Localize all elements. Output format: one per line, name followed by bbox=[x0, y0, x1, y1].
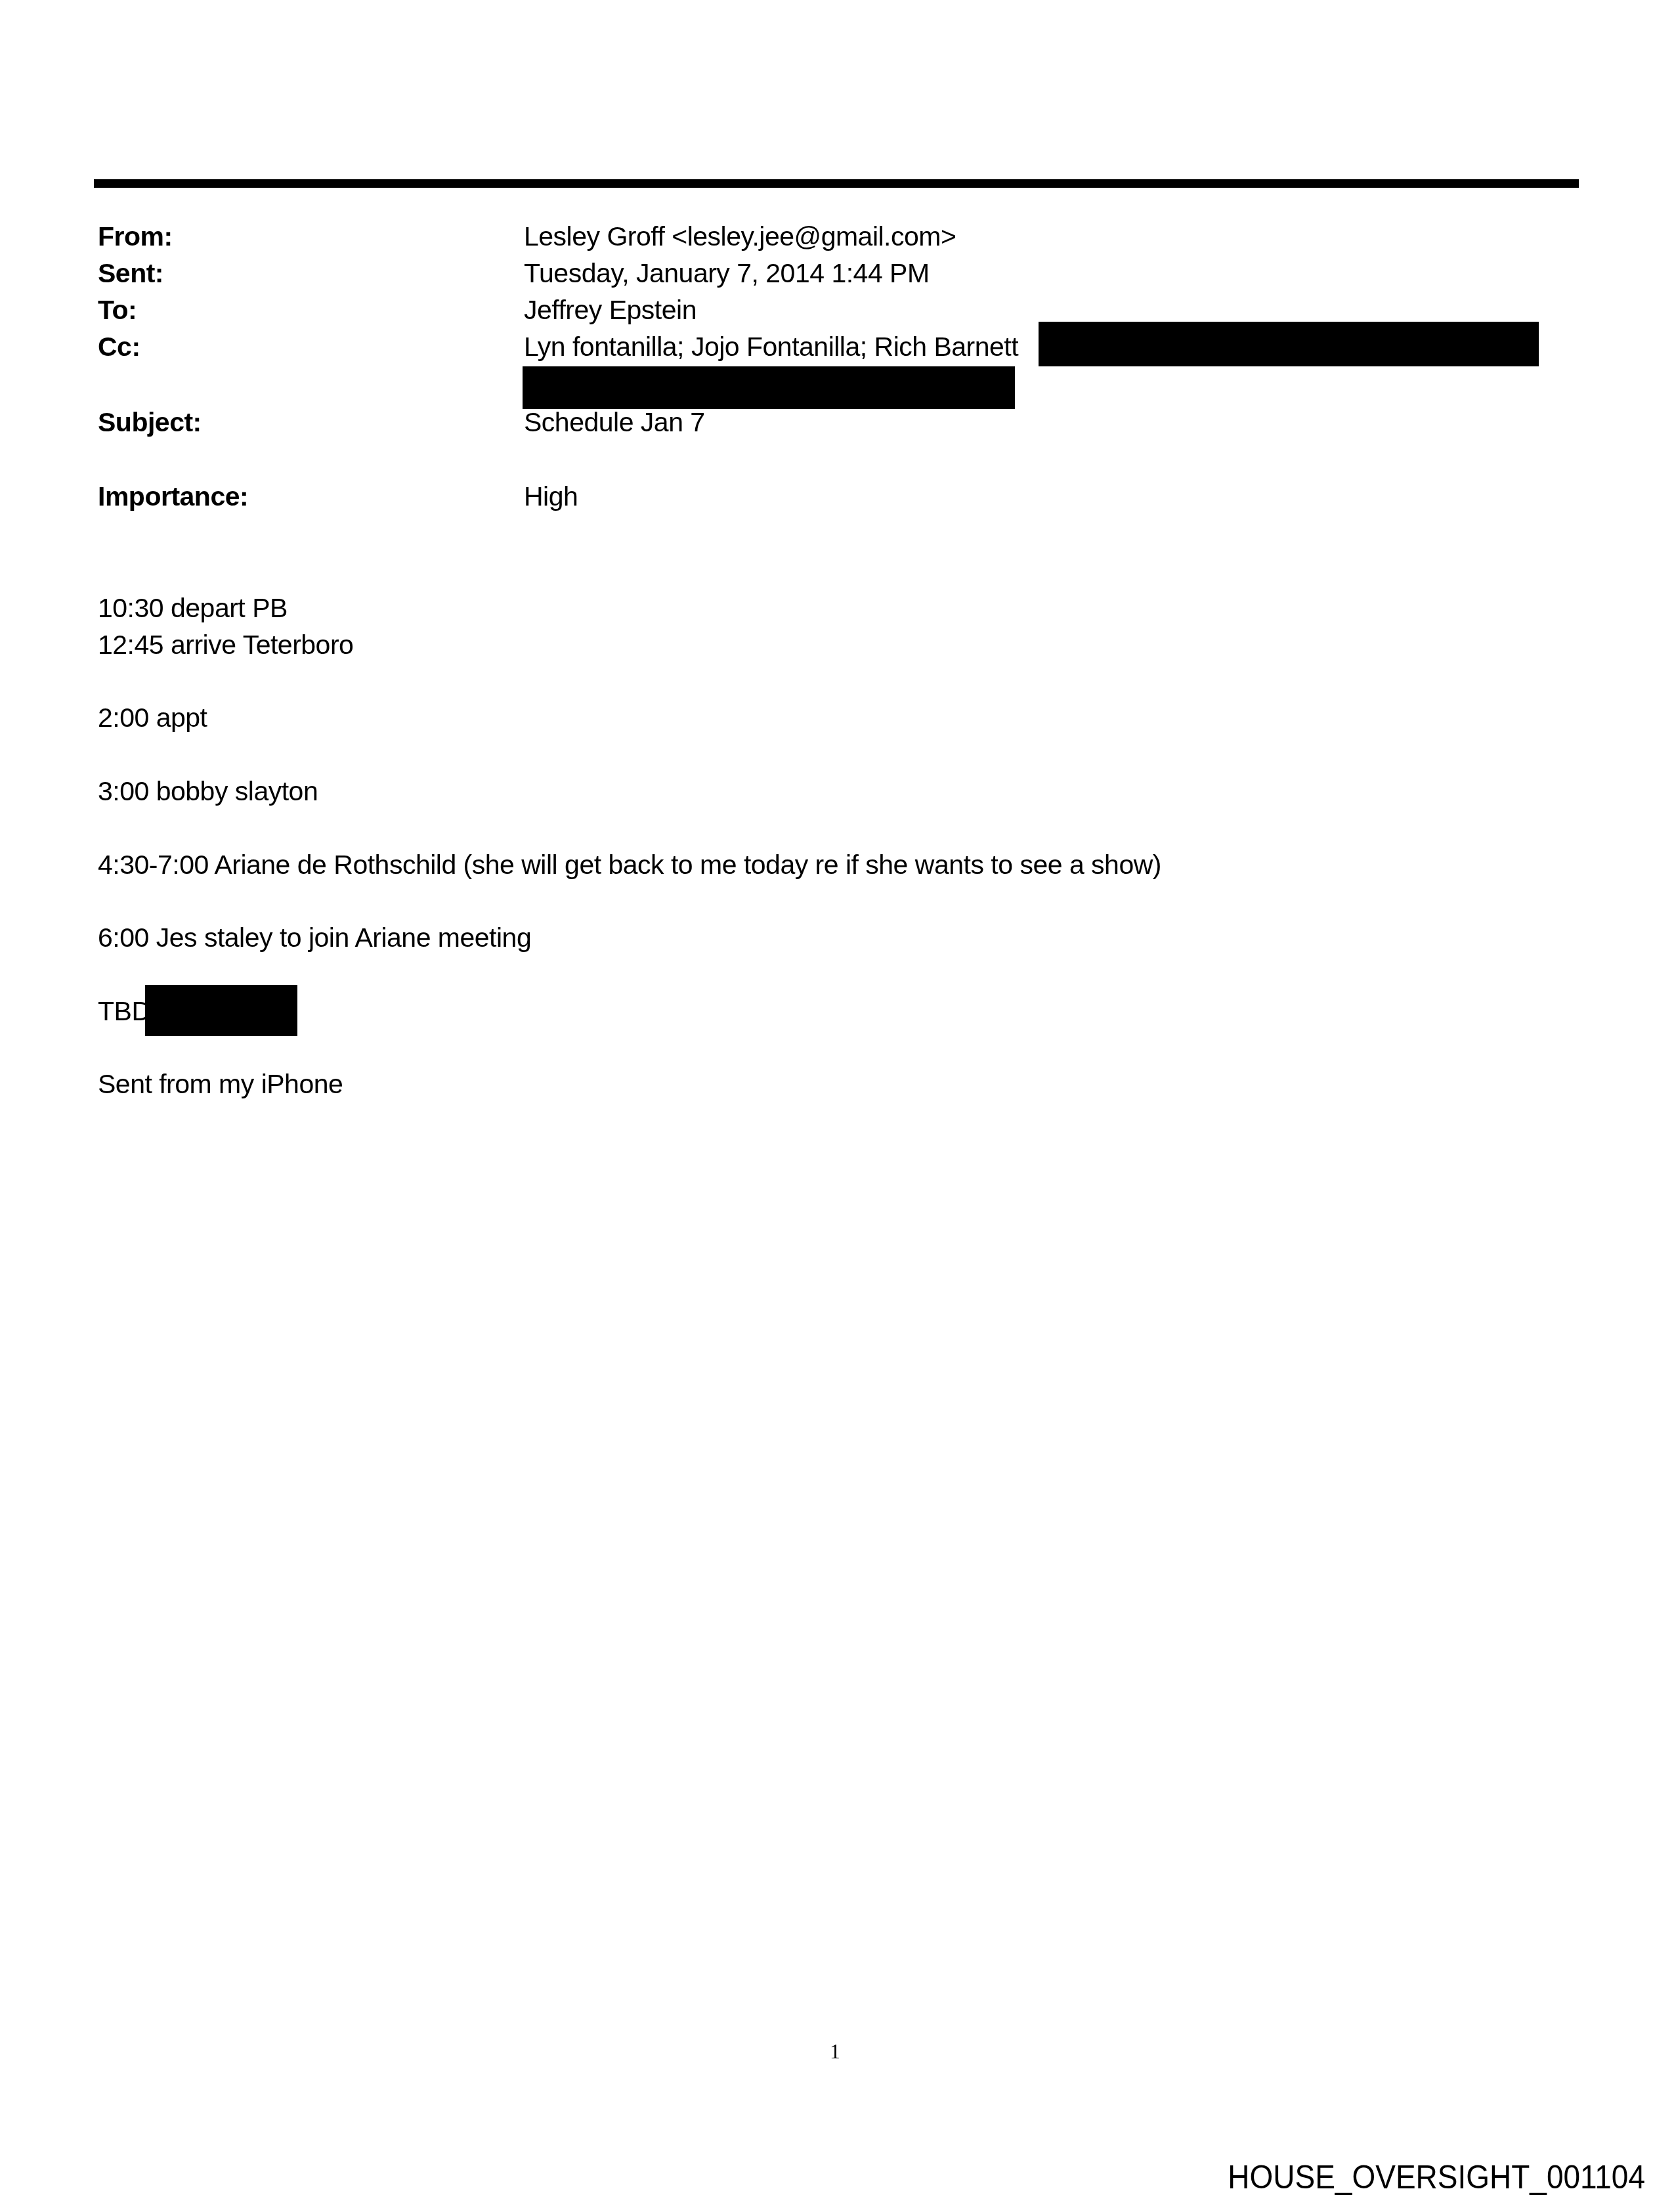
cc-redaction-box-2 bbox=[523, 366, 1015, 409]
to-label: To: bbox=[98, 293, 137, 327]
tbd-redaction-box bbox=[145, 985, 297, 1036]
importance-value: High bbox=[524, 479, 578, 513]
header-rule bbox=[94, 179, 1579, 188]
page-number: 1 bbox=[830, 2038, 840, 2064]
body-line-depart: 10:30 depart PB bbox=[98, 591, 288, 625]
sent-value: Tuesday, January 7, 2014 1:44 PM bbox=[524, 256, 930, 290]
signature-line: Sent from my iPhone bbox=[98, 1067, 343, 1101]
cc-redaction-box-1 bbox=[1039, 322, 1539, 366]
importance-label: Importance: bbox=[98, 479, 248, 513]
subject-value: Schedule Jan 7 bbox=[524, 405, 705, 439]
subject-label: Subject: bbox=[98, 405, 202, 439]
from-label: From: bbox=[98, 219, 173, 253]
cc-value: Lyn fontanilla; Jojo Fontanilla; Rich Ba… bbox=[524, 330, 1018, 364]
body-line-staley: 6:00 Jes staley to join Ariane meeting bbox=[98, 921, 531, 955]
bates-number: HOUSE_OVERSIGHT_001104 bbox=[1228, 2158, 1645, 2197]
body-line-slayton: 3:00 bobby slayton bbox=[98, 774, 318, 808]
from-value: Lesley Groff <lesley.jee@gmail.com> bbox=[524, 219, 956, 253]
body-line-arrive: 12:45 arrive Teterboro bbox=[98, 628, 353, 662]
cc-label: Cc: bbox=[98, 330, 140, 364]
sent-label: Sent: bbox=[98, 256, 163, 290]
body-line-rothschild: 4:30-7:00 Ariane de Rothschild (she will… bbox=[98, 848, 1161, 882]
body-line-tbd: TBD bbox=[98, 994, 151, 1028]
to-value: Jeffrey Epstein bbox=[524, 293, 697, 327]
body-line-appt: 2:00 appt bbox=[98, 701, 207, 735]
